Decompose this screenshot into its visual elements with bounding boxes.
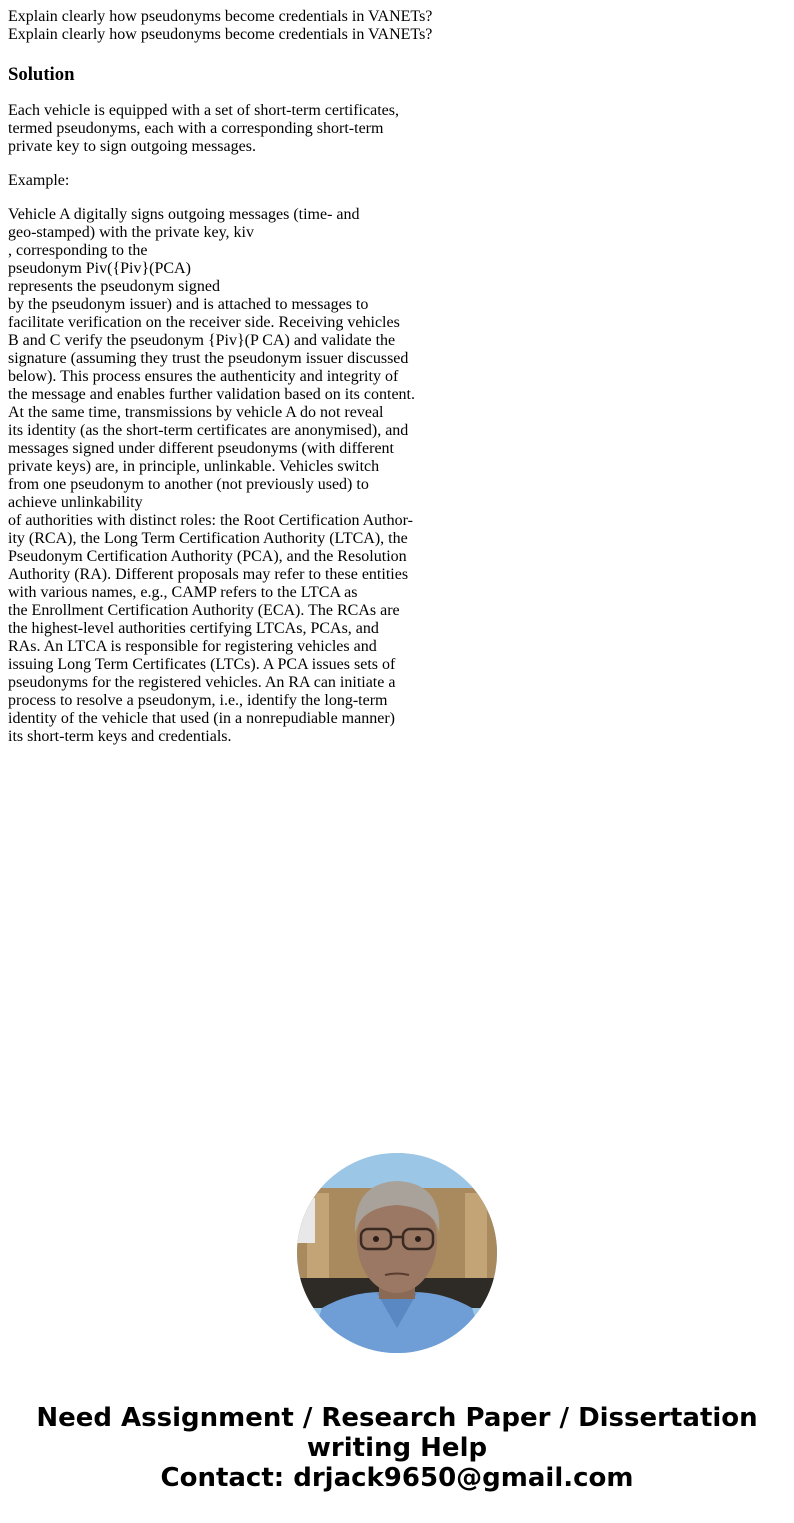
text-line: represents the pseudonym signed bbox=[8, 278, 428, 296]
text-line: At the same time, transmissions by vehic… bbox=[8, 404, 428, 422]
banner-line: writing Help bbox=[0, 1433, 794, 1463]
text-line: private key to sign outgoing messages. bbox=[8, 138, 428, 156]
text-line: signature (assuming they trust the pseud… bbox=[8, 350, 428, 368]
text-line: RAs. An LTCA is responsible for register… bbox=[8, 638, 428, 656]
text-line: B and C verify the pseudonym {Piv}(P CA)… bbox=[8, 332, 428, 350]
text-line: from one pseudonym to another (not previ… bbox=[8, 476, 428, 494]
text-line: pseudonyms for the registered vehicles. … bbox=[8, 674, 428, 692]
text-line: geo-stamped) with the private key, kiv bbox=[8, 224, 428, 242]
text-line: its identity (as the short-term certific… bbox=[8, 422, 428, 440]
text-line: of authorities with distinct roles: the … bbox=[8, 512, 428, 530]
text-line: the Enrollment Certification Authority (… bbox=[8, 602, 428, 620]
avatar bbox=[297, 1153, 497, 1353]
text-line: pseudonym Piv({Piv}(PCA) bbox=[8, 260, 428, 278]
text-line: facilitate verification on the receiver … bbox=[8, 314, 428, 332]
text-line: issuing Long Term Certificates (LTCs). A… bbox=[8, 656, 428, 674]
text-line: Each vehicle is equipped with a set of s… bbox=[8, 102, 428, 120]
text-line: below). This process ensures the authent… bbox=[8, 368, 428, 386]
question-line: Explain clearly how pseudonyms become cr… bbox=[8, 8, 428, 26]
solution-body: Vehicle A digitally signs outgoing messa… bbox=[8, 206, 428, 746]
banner-line: Need Assignment / Research Paper / Disse… bbox=[0, 1403, 794, 1433]
solution-heading: Solution bbox=[8, 64, 428, 86]
text-line: achieve unlinkability bbox=[8, 494, 428, 512]
text-line: messages signed under different pseudony… bbox=[8, 440, 428, 458]
text-line: ity (RCA), the Long Term Certification A… bbox=[8, 530, 428, 548]
text-line: the highest-level authorities certifying… bbox=[8, 620, 428, 638]
solution-intro: Each vehicle is equipped with a set of s… bbox=[8, 102, 428, 156]
contact-email: Contact: drjack9650@gmail.com bbox=[0, 1463, 794, 1493]
text-line: its short-term keys and credentials. bbox=[8, 728, 428, 746]
question-text: Explain clearly how pseudonyms become cr… bbox=[8, 8, 428, 44]
text-line: Authority (RA). Different proposals may … bbox=[8, 566, 428, 584]
portrait-image bbox=[297, 1153, 497, 1353]
document-content: Explain clearly how pseudonyms become cr… bbox=[8, 8, 428, 746]
contact-banner: Need Assignment / Research Paper / Disse… bbox=[0, 1403, 794, 1493]
text-line: process to resolve a pseudonym, i.e., id… bbox=[8, 692, 428, 710]
text-line: Vehicle A digitally signs outgoing messa… bbox=[8, 206, 428, 224]
text-line: private keys) are, in principle, unlinka… bbox=[8, 458, 428, 476]
text-line: identity of the vehicle that used (in a … bbox=[8, 710, 428, 728]
text-line: , corresponding to the bbox=[8, 242, 428, 260]
text-line: with various names, e.g., CAMP refers to… bbox=[8, 584, 428, 602]
text-line: by the pseudonym issuer) and is attached… bbox=[8, 296, 428, 314]
text-line: termed pseudonyms, each with a correspon… bbox=[8, 120, 428, 138]
example-label: Example: bbox=[8, 172, 428, 190]
text-line: the message and enables further validati… bbox=[8, 386, 428, 404]
text-line: Pseudonym Certification Authority (PCA),… bbox=[8, 548, 428, 566]
question-line: Explain clearly how pseudonyms become cr… bbox=[8, 26, 428, 44]
